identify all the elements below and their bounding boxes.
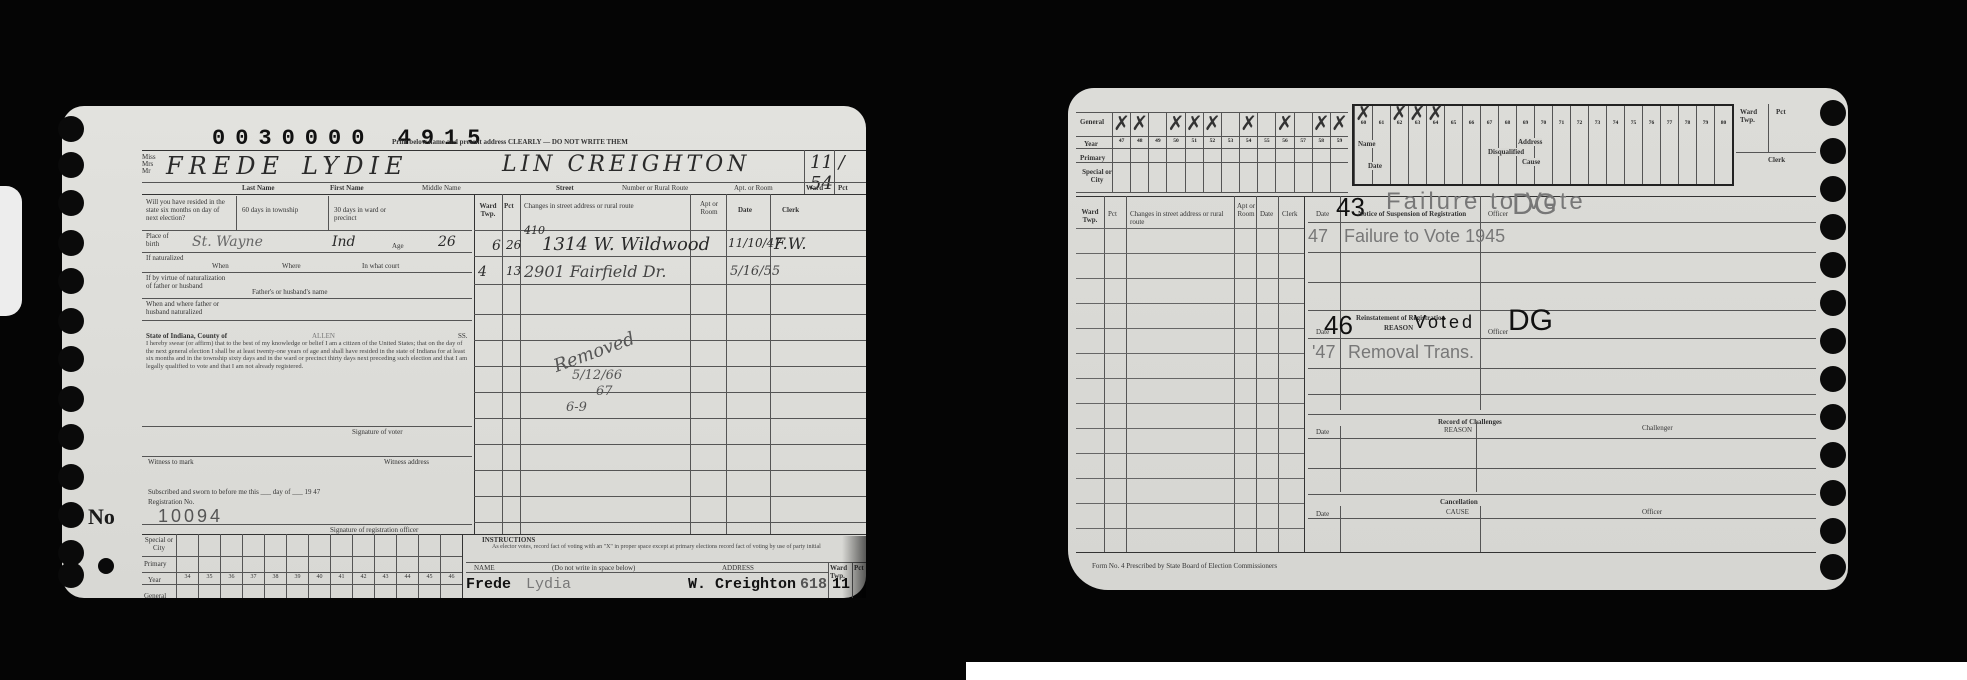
cancellation-date-label: Date	[1316, 510, 1329, 518]
subscribed-text: Subscribed and sworn to before me this _…	[148, 488, 468, 496]
suspension-entry-text: Failure to Vote 1945	[1344, 226, 1505, 247]
vote-year-label: 41	[331, 574, 352, 580]
voting-grid-1960-1980: 60✗6162✗63✗64✗65666768697071727374757677…	[1354, 106, 1732, 184]
back-header-changes: Changes in street address or rural route	[1130, 210, 1234, 226]
vote-year-label: 79	[1697, 120, 1714, 126]
title-mr: Mr	[142, 168, 162, 175]
ruled-line	[1076, 503, 1304, 504]
vote-year-label: 55	[1258, 138, 1275, 144]
vote-x-mark-icon: ✗	[1240, 112, 1257, 134]
scan-shadow	[842, 536, 866, 598]
q-ward-residence: 30 days in ward or precinct	[334, 206, 404, 222]
vote-column: 35	[198, 534, 220, 598]
reinstatement-stamp-officer: DG	[1508, 304, 1553, 338]
cancellation-officer-label: Officer	[1642, 508, 1662, 516]
reinstatement-stamp-year: 46	[1324, 310, 1353, 341]
vote-column: 58✗	[1312, 112, 1330, 192]
vote-x-mark-icon: ✗	[1331, 112, 1348, 134]
vote-year-label: 43	[375, 574, 396, 580]
handwritten-birth-place: St. Wayne	[192, 234, 263, 250]
label-pct-top: Pct	[1776, 108, 1786, 116]
ruled-line	[1076, 353, 1304, 354]
punch-hole	[58, 386, 84, 412]
vote-year-label: 47	[1113, 138, 1130, 144]
typed-last-name: Frede	[466, 576, 511, 593]
punch-hole	[58, 116, 84, 142]
row2-ward: 4	[478, 264, 487, 280]
punch-hole	[58, 502, 84, 528]
ruled-line	[1076, 528, 1304, 529]
vote-year-label: 42	[353, 574, 374, 580]
back-changes-rows	[1076, 228, 1304, 552]
handwritten-age: 26	[438, 234, 456, 250]
reinstatement-entry-year: '47	[1312, 342, 1335, 363]
handwritten-first-name: LYDIE	[302, 152, 409, 180]
vote-year-label: 38	[265, 574, 286, 580]
label-street: Street	[556, 184, 574, 192]
vote-x-mark-icon: ✗	[1113, 112, 1130, 134]
label-signature-officer: Signature of registration officer	[330, 526, 418, 534]
suspension-stamp-year: 43	[1336, 192, 1365, 223]
punch-hole	[1820, 480, 1846, 506]
label-father-husband-naturalized: When and where father or husband natural…	[146, 300, 236, 316]
scanner-tab-shadow	[0, 186, 22, 316]
punch-hole-small	[98, 558, 114, 574]
punch-hole	[1820, 100, 1846, 126]
challenges-date-label: Date	[1316, 428, 1329, 436]
label-apt: Apt. or Room	[734, 184, 773, 192]
vote-column: 54✗	[1239, 112, 1257, 192]
ruled-line	[1076, 453, 1304, 454]
vote-column: 56✗	[1275, 112, 1293, 192]
vote-column: 47✗	[1112, 112, 1130, 192]
ruled-line	[1076, 328, 1304, 329]
back-header-ward: Ward Twp.	[1078, 208, 1102, 224]
vote-column: 78	[1678, 106, 1696, 184]
vote-column: 36	[220, 534, 242, 598]
vote-column: 76	[1642, 106, 1660, 184]
cancellation-title: Cancellation	[1440, 498, 1478, 506]
vote-year-label: 49	[1149, 138, 1166, 144]
punch-hole	[58, 562, 84, 588]
header-date: Date	[738, 206, 752, 214]
vote-x-mark-icon: ✗	[1391, 102, 1408, 124]
ruled-line	[1076, 478, 1304, 479]
vote-column: 59✗	[1330, 112, 1348, 192]
vote-column: 55	[1257, 112, 1275, 192]
vh-label-special: Special or City	[1082, 168, 1112, 184]
vote-year-label: 59	[1331, 138, 1348, 144]
vote-year-label: 69	[1517, 120, 1534, 126]
challenges-reason-label: REASON	[1444, 426, 1472, 434]
vote-column: 39	[286, 534, 308, 598]
vote-x-mark-icon: ✗	[1313, 112, 1330, 134]
vote-column: 53	[1221, 112, 1239, 192]
vote-x-mark-icon: ✗	[1355, 102, 1372, 124]
handwritten-last-name: FREDE	[166, 152, 285, 180]
vote-year-label: 37	[243, 574, 264, 580]
vote-column: 64✗	[1426, 106, 1444, 184]
registration-card-back: General Year Primary Special or City 47✗…	[1068, 88, 1848, 590]
label-middle-name: Middle Name	[422, 184, 461, 192]
vote-year-label: 70	[1535, 120, 1552, 126]
row2-address: 2901 Fairfield Dr.	[524, 262, 667, 281]
vote-year-label: 78	[1679, 120, 1696, 126]
punch-hole	[1820, 214, 1846, 240]
label-nat-where: Where	[282, 262, 301, 270]
label-naturalized: If naturalized	[146, 254, 196, 262]
vote-x-mark-icon: ✗	[1427, 102, 1444, 124]
punch-hole	[1820, 290, 1846, 316]
punch-hole	[1820, 252, 1846, 278]
label-nat-when: When	[212, 262, 229, 270]
vote-column: 41	[330, 534, 352, 598]
vote-column: 77	[1660, 106, 1678, 184]
ruled-line	[1076, 378, 1304, 379]
punch-hole	[58, 230, 84, 256]
label-last-name: Last Name	[242, 184, 274, 192]
row1-pct: 26	[506, 238, 521, 252]
row1-ward: 6	[492, 238, 501, 254]
vote-year-label: 74	[1607, 120, 1624, 126]
vote-column: 44	[396, 534, 418, 598]
punch-hole	[1820, 176, 1846, 202]
vote-year-label: 40	[309, 574, 330, 580]
box-label-date: Date	[1368, 162, 1382, 170]
label-no-write: (Do not write in space below)	[552, 564, 635, 572]
q-township-residence: 60 days in township	[242, 206, 302, 214]
vote-column: 73	[1588, 106, 1606, 184]
suspension-entry-year: 47	[1308, 226, 1328, 247]
vote-column: 66	[1462, 106, 1480, 184]
annotation-date: 5/12/66	[572, 368, 622, 383]
vote-x-mark-icon: ✗	[1131, 112, 1148, 134]
vote-column: 52✗	[1203, 112, 1221, 192]
punch-hole	[58, 424, 84, 450]
back-header-date: Date	[1260, 210, 1273, 218]
vote-year-label: 75	[1625, 120, 1642, 126]
punch-hole	[58, 190, 84, 216]
grid-label-special: Special or City	[144, 536, 174, 552]
vote-year-label: 51	[1186, 138, 1203, 144]
vote-year-label: 56	[1276, 138, 1293, 144]
oath-county: ALLEN	[312, 332, 335, 340]
vote-year-label: 76	[1643, 120, 1660, 126]
label-age: Age	[392, 242, 404, 250]
reinstatement-entry-text: Removal Trans.	[1348, 342, 1474, 363]
label-first-name: First Name	[330, 184, 364, 192]
vote-year-label: 52	[1204, 138, 1221, 144]
vote-year-label: 44	[397, 574, 418, 580]
vote-column: 49	[1148, 112, 1166, 192]
vote-column: 65	[1444, 106, 1462, 184]
handwritten-street: LIN CREIGHTON	[502, 152, 750, 177]
vote-x-mark-icon: ✗	[1167, 112, 1184, 134]
header-clerk: Clerk	[782, 206, 799, 214]
box-label-address: Address	[1518, 138, 1542, 146]
header-ward-twp: Ward Twp.	[476, 202, 500, 218]
annotation-year: 67	[596, 384, 613, 399]
vote-year-label: 77	[1661, 120, 1678, 126]
vote-column: 71	[1552, 106, 1570, 184]
registration-card-front: 0030000 4915 Print below name and presen…	[62, 106, 866, 598]
typed-street: W. Creighton	[688, 576, 796, 593]
vote-column: 46	[440, 534, 462, 598]
label-address: ADDRESS	[722, 564, 754, 572]
vote-column: 63✗	[1408, 106, 1426, 184]
vote-column: 57	[1294, 112, 1312, 192]
vote-year-label: 50	[1167, 138, 1184, 144]
ruled-line	[1076, 428, 1304, 429]
form-footer: Form No. 4 Prescribed by State Board of …	[1092, 562, 1277, 570]
vh-label-primary: Primary	[1080, 154, 1105, 162]
vote-year-label: 67	[1481, 120, 1498, 126]
vote-year-label: 39	[287, 574, 308, 580]
vote-column: 68	[1498, 106, 1516, 184]
box-label-cause: Cause	[1522, 158, 1540, 166]
ruled-line	[1076, 403, 1304, 404]
vote-year-label: 65	[1445, 120, 1462, 126]
label-pct: Pct	[838, 184, 848, 192]
voting-grid-1934-1946: 34353637383940414243444546	[176, 534, 462, 598]
punch-hole	[1820, 138, 1846, 164]
label-witness-address: Witness address	[384, 458, 429, 466]
vote-column: 80	[1714, 106, 1732, 184]
header-changes-address: Changes in street address or rural route	[524, 202, 688, 210]
vote-year-label: 48	[1131, 138, 1148, 144]
label-name: NAME	[474, 564, 495, 572]
vote-year-label: 71	[1553, 120, 1570, 126]
vote-column: 43	[374, 534, 396, 598]
label-number: Number or Rural Route	[622, 184, 688, 192]
q-state-residence: Will you have resided in the state six m…	[146, 198, 228, 222]
instructions-text: As elector votes, record fact of voting …	[492, 544, 862, 551]
vote-column: 45	[418, 534, 440, 598]
suspension-stamp-officer: DG	[1512, 188, 1557, 222]
vote-year-label: 58	[1313, 138, 1330, 144]
header-apt-room: Apt or Room	[694, 200, 724, 216]
vh-label-general: General	[1080, 118, 1104, 126]
punch-hole	[58, 346, 84, 372]
vote-year-label: 54	[1240, 138, 1257, 144]
instructions-title: INSTRUCTIONS	[482, 536, 535, 544]
punch-hole	[58, 268, 84, 294]
vote-column: 72	[1570, 106, 1588, 184]
vote-column: 67	[1480, 106, 1498, 184]
punch-hole	[1820, 554, 1846, 580]
vote-column: 79	[1696, 106, 1714, 184]
typed-first-name: Lydia	[526, 576, 571, 593]
scan-margin	[966, 662, 1967, 680]
challenges-challenger-label: Challenger	[1642, 424, 1673, 432]
reinstatement-officer-label: Officer	[1488, 328, 1508, 336]
vote-column: 37	[242, 534, 264, 598]
ruled-line	[1076, 253, 1304, 254]
vote-x-mark-icon: ✗	[1409, 102, 1426, 124]
suspension-officer-label: Officer	[1488, 210, 1508, 218]
punch-hole	[1820, 366, 1846, 392]
label-nat-court: In what court	[362, 262, 399, 270]
box-label-disqualified: Disqualified	[1488, 148, 1524, 156]
label-signature-voter: Signature of voter	[352, 428, 403, 436]
vote-year-label: 45	[419, 574, 440, 580]
row1-clerk: F.W.	[774, 234, 806, 253]
vote-column: 38	[264, 534, 286, 598]
vote-column: 42	[352, 534, 374, 598]
row1-address: 1314 W. Wildwood	[542, 234, 710, 255]
vote-x-mark-icon: ✗	[1186, 112, 1203, 134]
punch-hole	[58, 152, 84, 178]
header-instruction: Print below name and present address CLE…	[392, 138, 692, 146]
vote-column: 34	[176, 534, 198, 598]
vote-x-mark-icon: ✗	[1204, 112, 1221, 134]
label-witness-mark: Witness to mark	[148, 458, 194, 466]
registration-no-prefix: No	[88, 504, 115, 530]
vote-year-label: 46	[441, 574, 462, 580]
label-ward-twp-top: Ward Twp.	[1740, 108, 1766, 124]
row2-date: 5/16/55	[730, 264, 780, 279]
voting-grid-1947-1959: 47✗48✗4950✗51✗52✗5354✗5556✗5758✗59✗	[1112, 112, 1348, 192]
vote-column: 62✗	[1390, 106, 1408, 184]
vote-column: 48✗	[1130, 112, 1148, 192]
oath-ss: SS.	[458, 332, 468, 340]
vote-year-label: 72	[1571, 120, 1588, 126]
vote-x-mark-icon: ✗	[1276, 112, 1293, 134]
punch-hole	[58, 308, 84, 334]
vote-column: 40	[308, 534, 330, 598]
vote-year-label: 36	[221, 574, 242, 580]
label-father-husband-name: Father's or husband's name	[252, 288, 327, 296]
vote-column: 50✗	[1166, 112, 1184, 192]
grid-label-year: Year	[148, 576, 161, 584]
vote-year-label: 35	[199, 574, 220, 580]
header-pct: Pct	[504, 202, 514, 210]
oath-text: I hereby swear (or affirm) that to the b…	[146, 340, 472, 370]
vote-column: 51✗	[1185, 112, 1203, 192]
vote-year-label: 53	[1222, 138, 1239, 144]
back-header-clerk: Clerk	[1282, 210, 1298, 218]
reinstatement-stamp-text: Voted	[1414, 312, 1475, 333]
punch-hole	[1820, 404, 1846, 430]
ruled-line	[1076, 303, 1304, 304]
vh-label-year: Year	[1084, 140, 1098, 148]
vote-year-label: 66	[1463, 120, 1480, 126]
vote-column: 75	[1624, 106, 1642, 184]
suspension-date-label: Date	[1316, 210, 1329, 218]
ruled-line	[1076, 228, 1304, 229]
back-header-pct: Pct	[1108, 210, 1117, 218]
grid-label-primary: Primary	[144, 560, 167, 568]
vote-year-label: 57	[1295, 138, 1312, 144]
annotation-code: 6-9	[566, 400, 587, 415]
oath-heading: State of Indiana, County of	[146, 332, 227, 340]
punch-hole	[1820, 328, 1846, 354]
cancellation-cause-label: CAUSE	[1446, 508, 1469, 516]
vote-year-label: 61	[1373, 120, 1390, 126]
punch-hole	[1820, 442, 1846, 468]
handwritten-birth-state: Ind	[332, 234, 356, 250]
punch-hole	[58, 464, 84, 490]
box-label-name: Name	[1358, 140, 1376, 148]
label-clerk-top: Clerk	[1768, 156, 1785, 164]
label-registration-no: Registration No.	[148, 498, 194, 506]
punch-hole	[1820, 518, 1846, 544]
label-place-of-birth: Place of birth	[146, 232, 176, 248]
typed-number: 618	[800, 576, 827, 593]
reinstatement-date-label: Date	[1316, 328, 1329, 336]
challenges-title: Record of Challenges	[1438, 418, 1502, 426]
vote-year-label: 68	[1499, 120, 1516, 126]
vote-year-label: 73	[1589, 120, 1606, 126]
vote-year-label: 34	[177, 574, 198, 580]
vote-year-label: 80	[1715, 120, 1732, 126]
row2-pct: 13	[506, 264, 521, 278]
vote-column: 74	[1606, 106, 1624, 184]
grid-label-general: General	[144, 592, 166, 600]
ruled-line	[1076, 278, 1304, 279]
reinstatement-reason-label: REASON	[1384, 324, 1413, 332]
label-virtue-of: If by virtue of naturalization of father…	[146, 274, 226, 290]
back-header-apt: Apt or Room	[1236, 202, 1256, 218]
label-ward: Ward	[806, 184, 823, 192]
